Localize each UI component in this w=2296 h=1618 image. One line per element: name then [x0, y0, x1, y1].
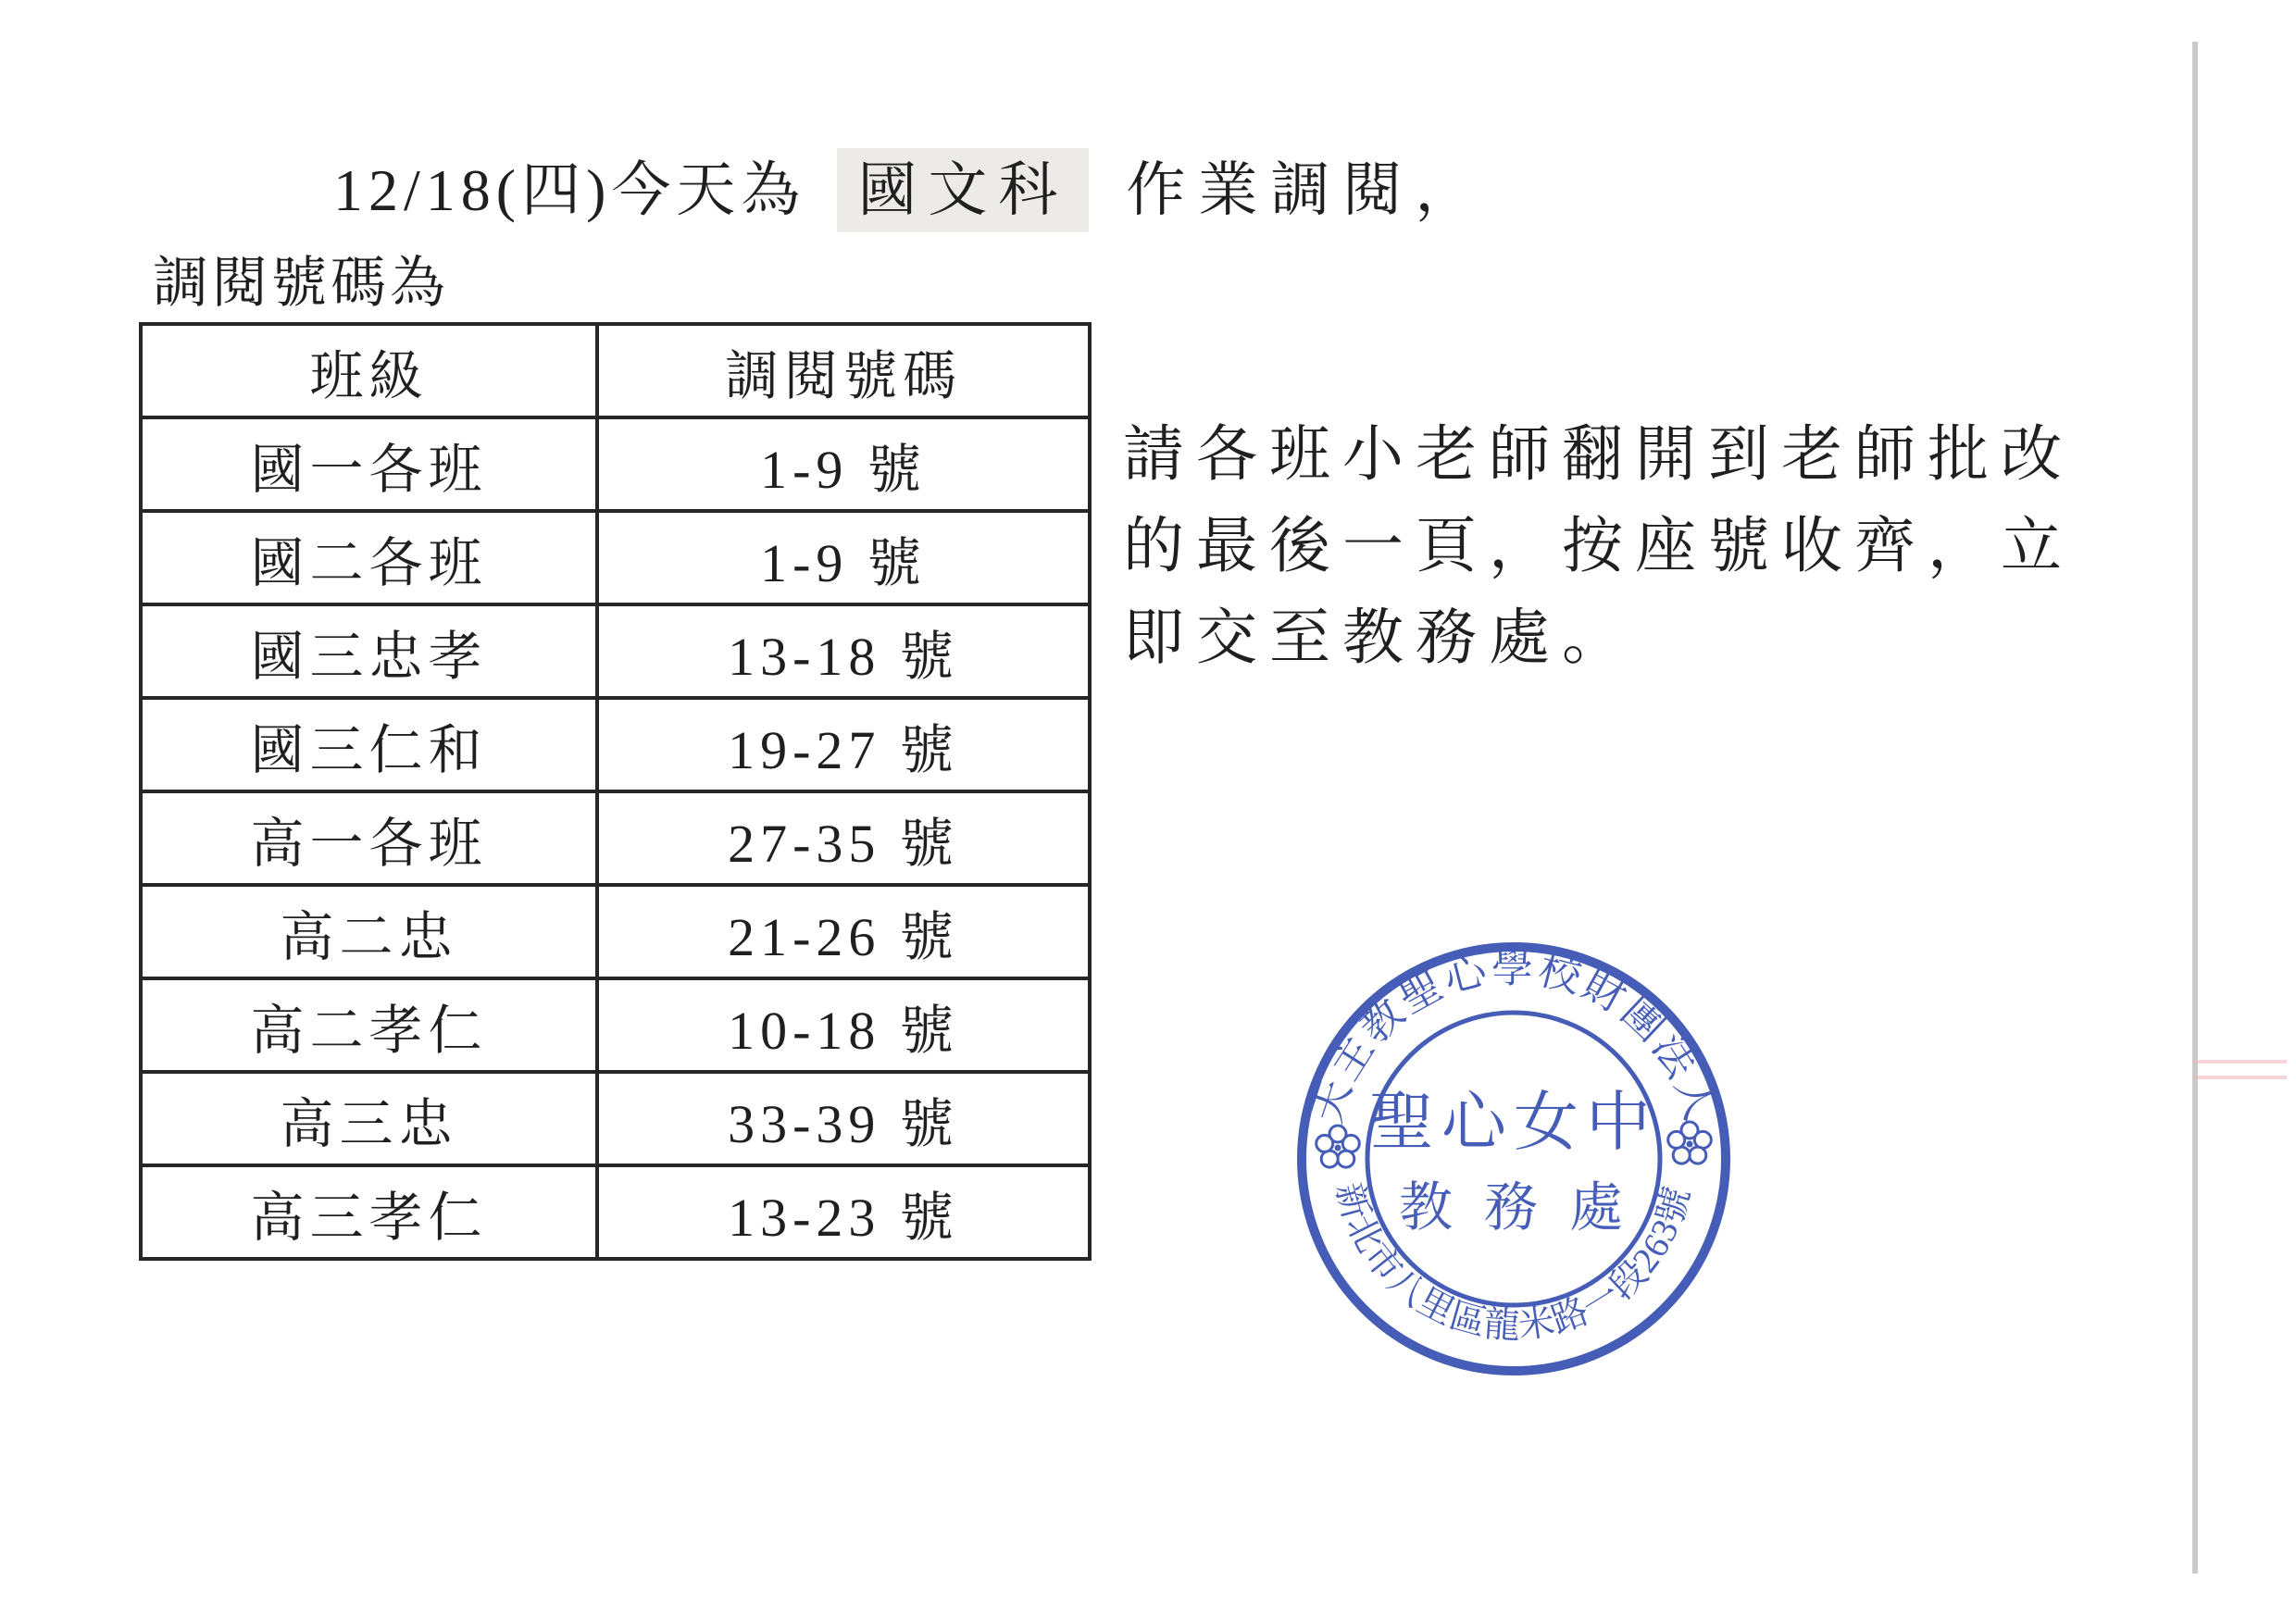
- col-header-numbers: 調閱號碼: [597, 324, 1090, 417]
- number-range-cell: 10-18 號: [597, 978, 1090, 1072]
- number-range-cell: 13-23 號: [597, 1165, 1090, 1259]
- headline-subject-highlight: 國文科: [837, 148, 1089, 232]
- table-row: 國一各班 1-9 號: [141, 417, 1090, 511]
- number-range-cell: 21-26 號: [597, 885, 1090, 978]
- number-range-cell: 19-27 號: [597, 698, 1090, 791]
- note-line: 的最後一頁，按座號收齊，立: [1123, 501, 2178, 592]
- table-row: 國三忠孝 13-18 號: [141, 604, 1090, 698]
- class-name-cell: 高二孝仁: [141, 978, 597, 1072]
- table-row: 國二各班 1-9 號: [141, 511, 1090, 604]
- scan-artifact-pink: [2194, 1060, 2287, 1064]
- class-name-cell: 國三忠孝: [141, 604, 597, 698]
- class-name-cell: 高一各班: [141, 791, 597, 885]
- stamp-office-name: 教務處: [1399, 1177, 1654, 1238]
- number-range-cell: 27-35 號: [597, 791, 1090, 885]
- table-row: 高二孝仁 10-18 號: [141, 978, 1090, 1072]
- plum-blossom-icon-left: [1316, 1126, 1360, 1167]
- scan-artifact-line: [2192, 42, 2198, 1574]
- plum-blossom-icon-right: [1668, 1122, 1712, 1164]
- note-line: 請各班小老師翻開到老師批改: [1123, 409, 2178, 501]
- class-name-cell: 國二各班: [141, 511, 597, 604]
- class-name-cell: 國三仁和: [141, 698, 597, 791]
- table-row: 高三孝仁 13-23 號: [141, 1165, 1090, 1259]
- table-header-row: 班級 調閱號碼: [141, 324, 1090, 417]
- table-row: 高一各班 27-35 號: [141, 791, 1090, 885]
- school-stamp: 天主教聖心學校財團法人 新北市八里區龍米路一段263號 聖心女中 教務處: [1290, 935, 1738, 1383]
- class-name-cell: 高三孝仁: [141, 1165, 597, 1259]
- inspection-table: 班級 調閱號碼 國一各班 1-9 號 國二各班 1-9 號 國三忠孝 13-18…: [139, 322, 1092, 1261]
- headline-suffix: 作業調閱，: [1126, 157, 1487, 223]
- note-line: 即交至教務處。: [1123, 592, 2178, 684]
- stamp-school-name: 聖心女中: [1369, 1088, 1658, 1159]
- headline: 12/18(四)今天為國文科作業調閱，: [333, 156, 1487, 227]
- number-range-cell: 13-18 號: [597, 604, 1090, 698]
- table-row: 高三忠 33-39 號: [141, 1072, 1090, 1165]
- notice-page: 12/18(四)今天為國文科作業調閱， 調閱號碼為 班級 調閱號碼 國一各班 1…: [0, 0, 2296, 1618]
- scan-artifact-pink: [2194, 1076, 2287, 1079]
- class-name-cell: 高三忠: [141, 1072, 597, 1165]
- class-name-cell: 高二忠: [141, 885, 597, 978]
- number-range-cell: 1-9 號: [597, 417, 1090, 511]
- table-row: 高二忠 21-26 號: [141, 885, 1090, 978]
- table-row: 國三仁和 19-27 號: [141, 698, 1090, 791]
- instruction-note: 請各班小老師翻開到老師批改 的最後一頁，按座號收齊，立 即交至教務處。: [1123, 409, 2178, 684]
- col-header-class: 班級: [141, 324, 597, 417]
- headline-date: 12/18(四)今天為: [333, 157, 805, 223]
- class-name-cell: 國一各班: [141, 417, 597, 511]
- stamp-inner-ring: [1367, 1013, 1660, 1305]
- number-range-cell: 33-39 號: [597, 1072, 1090, 1165]
- headline-line2: 調閱號碼為: [153, 239, 449, 318]
- number-range-cell: 1-9 號: [597, 511, 1090, 604]
